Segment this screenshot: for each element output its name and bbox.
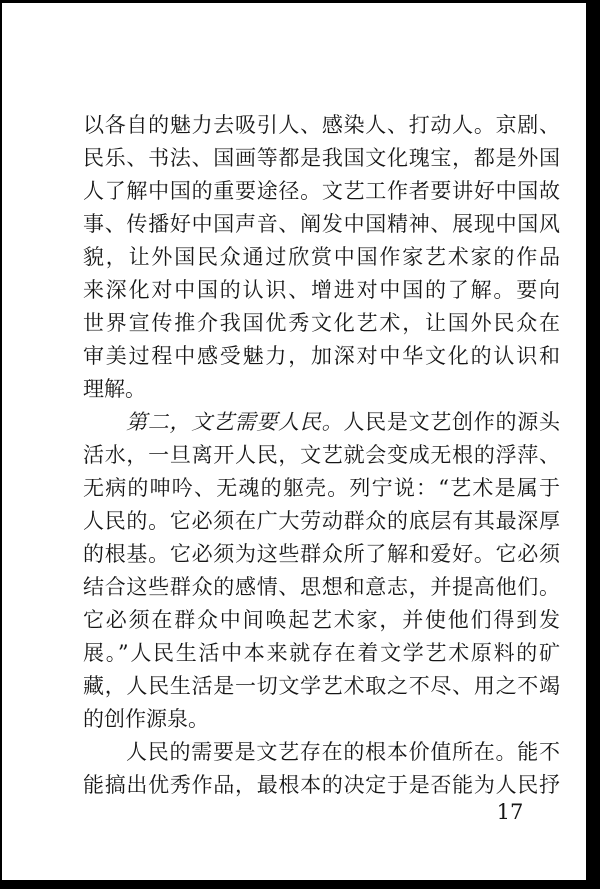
line-text: 人民是文艺创作的源头 <box>343 410 560 434</box>
text-line: 活水，一旦离开人民，文艺就会变成无根的浮萍、 <box>83 439 560 472</box>
text-line: 以各自的魅力去吸引人、感染人、打动人。京剧、 <box>83 109 560 142</box>
line-text: 藏，人民生活是一切文学艺术取之不尽、用之不竭 <box>83 674 560 698</box>
text-line: 世界宣传推介我国优秀文化艺术，让国外民众在 <box>83 307 560 340</box>
line-text: 民乐、书法、国画等都是我国文化瑰宝，都是外国 <box>83 146 560 170</box>
line-text: 审美过程中感受魅力，加深对中华文化的认识和 <box>83 344 560 368</box>
text-line: 结合这些群众的感情、思想和意志，并提高他们。 <box>83 571 560 604</box>
line-text: 来深化对中国的认识、增进对中国的了解。要向 <box>83 278 560 302</box>
line-text: 无病的呻吟、无魂的躯壳。列宁说：“艺术是属于 <box>83 476 560 500</box>
book-page: 以各自的魅力去吸引人、感染人、打动人。京剧、 民乐、书法、国画等都是我国文化瑰宝… <box>2 3 586 880</box>
line-text: 的根基。它必须为这些群众所了解和爱好。它必须 <box>83 542 560 566</box>
text-line: 展。”人民生活中本来就存在着文学艺术原料的矿 <box>83 637 560 670</box>
text-line: 人了解中国的重要途径。文艺工作者要讲好中国故 <box>83 175 560 208</box>
line-text: 貌，让外国民众通过欣赏中国作家艺术家的作品 <box>83 245 560 269</box>
line-text: 人民的需要是文艺存在的根本价值所在。能不 <box>126 740 560 764</box>
text-line: 无病的呻吟、无魂的躯壳。列宁说：“艺术是属于 <box>83 472 560 505</box>
emphasis-kaiti: 第二，文艺需要人民。 <box>126 410 343 434</box>
line-text: 人民的。它必须在广大劳动群众的底层有其最深厚 <box>83 509 560 533</box>
text-line: 人民的。它必须在广大劳动群众的底层有其最深厚 <box>83 505 560 538</box>
text-line: 它必须在群众中间唤起艺术家，并使他们得到发 <box>83 604 560 637</box>
text-line: 审美过程中感受魅力，加深对中华文化的认识和 <box>83 340 560 373</box>
text-line: 来深化对中国的认识、增进对中国的了解。要向 <box>83 274 560 307</box>
text-line: 事、传播好中国声音、阐发中国精神、展现中国风 <box>83 208 560 241</box>
line-text: 能搞出优秀作品，最根本的决定于是否能为人民抒 <box>83 773 560 797</box>
text-line: 民乐、书法、国画等都是我国文化瑰宝，都是外国 <box>83 142 560 175</box>
paragraph-start-line: 人民的需要是文艺存在的根本价值所在。能不 <box>83 736 560 769</box>
line-text: 它必须在群众中间唤起艺术家，并使他们得到发 <box>83 608 560 632</box>
text-block: 以各自的魅力去吸引人、感染人、打动人。京剧、 民乐、书法、国画等都是我国文化瑰宝… <box>83 109 560 802</box>
paragraph-start-line: 第二，文艺需要人民。人民是文艺创作的源头 <box>83 406 560 439</box>
line-text: 活水，一旦离开人民，文艺就会变成无根的浮萍、 <box>83 443 560 467</box>
line-text: 理解。 <box>83 377 146 401</box>
line-text: 结合这些群众的感情、思想和意志，并提高他们。 <box>83 575 560 599</box>
page-number: 17 <box>488 799 532 825</box>
line-text: 的创作源泉。 <box>83 707 209 731</box>
text-line: 貌，让外国民众通过欣赏中国作家艺术家的作品 <box>83 241 560 274</box>
text-line: 能搞出优秀作品，最根本的决定于是否能为人民抒 <box>83 769 560 802</box>
line-text: 世界宣传推介我国优秀文化艺术，让国外民众在 <box>83 311 560 335</box>
line-text: 展。”人民生活中本来就存在着文学艺术原料的矿 <box>83 641 560 665</box>
line-text: 人了解中国的重要途径。文艺工作者要讲好中国故 <box>83 179 560 203</box>
text-line: 的根基。它必须为这些群众所了解和爱好。它必须 <box>83 538 560 571</box>
line-text: 以各自的魅力去吸引人、感染人、打动人。京剧、 <box>83 113 560 137</box>
text-line: 藏，人民生活是一切文学艺术取之不尽、用之不竭 <box>83 670 560 703</box>
paragraph-end-line: 理解。 <box>83 373 560 406</box>
paragraph-end-line: 的创作源泉。 <box>83 703 560 736</box>
line-text: 事、传播好中国声音、阐发中国精神、展现中国风 <box>83 212 560 236</box>
